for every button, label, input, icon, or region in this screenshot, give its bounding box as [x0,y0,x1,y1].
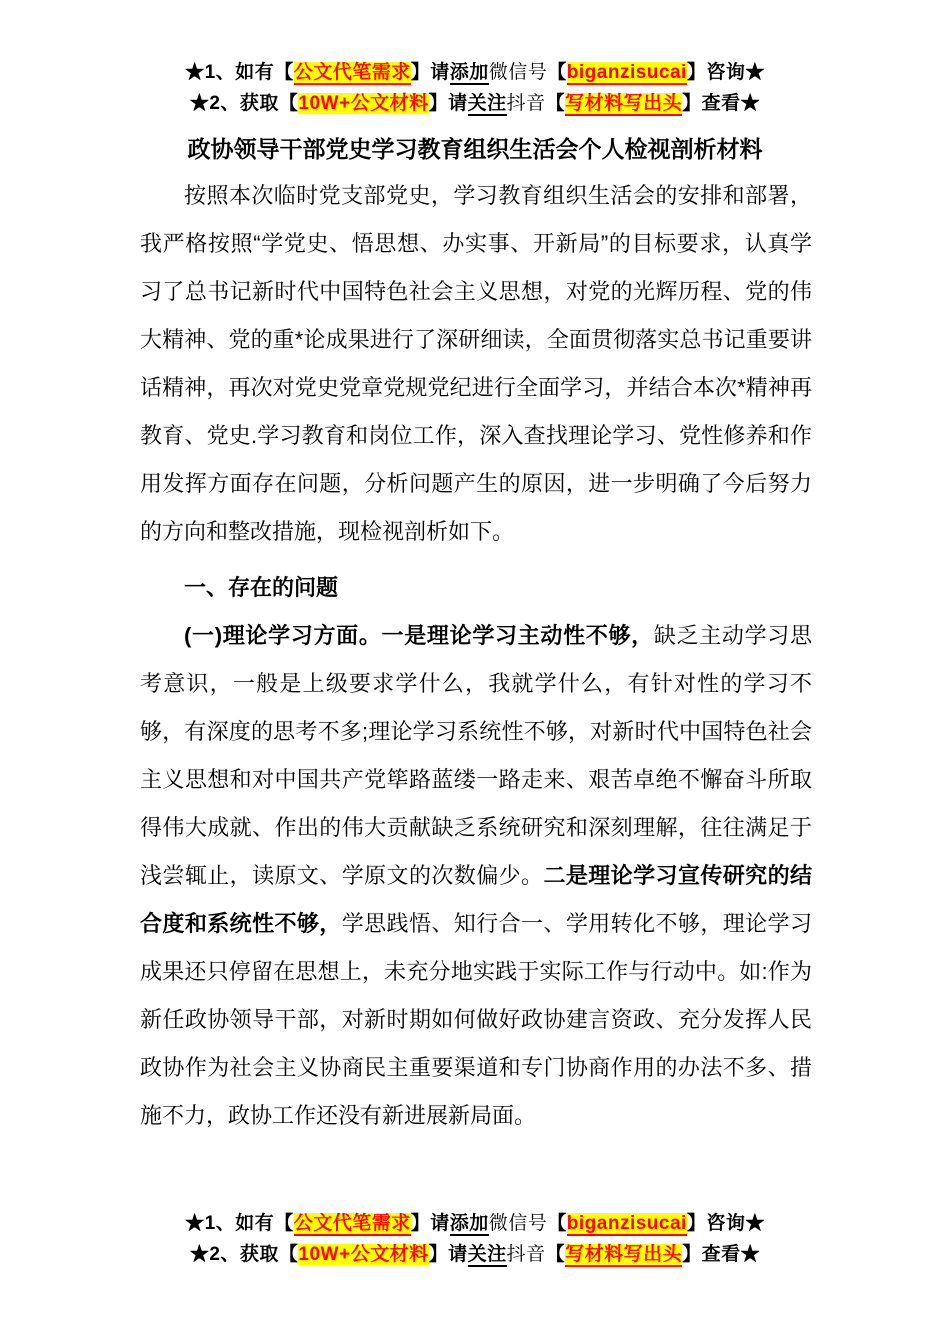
text-segment: 缺乏主动学习思考意识，一般是上级要求学什么，我就学什么，有针对性的学习不够，有深… [140,623,812,888]
text-segment: 关注 [468,1244,507,1267]
document-title: 政协领导干部党史学习教育组织生活会个人检视剖析材料 [110,132,840,166]
text-segment: biganzisucai [567,1213,687,1236]
text-segment: ★2、获取【 [190,93,299,114]
footer-promo-banner: ★1、如有【公文代笔需求】请添加微信号【biganzisucai】咨询★ ★2、… [0,1208,950,1270]
text-segment: 】查看★ [682,1244,760,1265]
text-segment: (一)理论学习方面。一是理论学习主动性不够， [184,623,654,648]
text-segment: 【 [546,93,566,114]
promo-line-1: ★1、如有【公文代笔需求】请添加微信号【biganzisucai】咨询★ [0,57,950,88]
header-promo-banner: ★1、如有【公文代笔需求】请添加微信号【biganzisucai】咨询★ ★2、… [0,57,950,119]
text-segment: 】咨询★ [687,1213,765,1234]
text-segment: 公文代笔需求 [294,62,411,85]
text-segment: biganzisucai [567,62,687,85]
text-segment: 【 [547,1213,567,1234]
text-segment: 一、存在的问题 [184,575,338,600]
text-segment: 写材料写出头 [565,93,682,116]
text-segment: 】请 [411,1213,450,1234]
text-segment: 微信号 [489,62,548,83]
text-segment: 】请 [429,1244,468,1265]
text-segment: 10W+公文材料 [298,93,428,114]
text-segment: ★1、如有【 [185,1213,294,1234]
text-segment: 微信号 [489,1213,548,1234]
text-segment: 】查看★ [682,93,760,114]
text-segment: 添加 [450,1213,489,1236]
text-segment: 10W+公文材料 [298,1244,428,1265]
text-segment: 学思践悟、知行合一、学用转化不够，理论学习成果还只停留在思想上，未充分地实践于实… [140,911,812,1128]
promo-line-2: ★2、获取【10W+公文材料】请关注抖音【写材料写出头】查看★ [0,88,950,119]
section-heading-problems: 一、存在的问题 [140,564,812,612]
text-segment: 】咨询★ [687,62,765,83]
promo-line-1: ★1、如有【公文代笔需求】请添加微信号【biganzisucai】咨询★ [0,1208,950,1239]
text-segment: 】请 [429,93,468,114]
text-segment: 关注 [468,93,507,116]
text-segment: 写材料写出头 [565,1244,682,1267]
paragraph-theory-study: (一)理论学习方面。一是理论学习主动性不够，缺乏主动学习思考意识，一般是上级要求… [140,612,812,1140]
promo-line-2: ★2、获取【10W+公文材料】请关注抖音【写材料写出头】查看★ [0,1239,950,1270]
text-segment: 公文代笔需求 [294,1213,411,1236]
text-segment: 【 [547,62,567,83]
text-segment: ★1、如有【 [185,62,294,83]
text-segment: 【 [546,1244,566,1265]
document-page: ★1、如有【公文代笔需求】请添加微信号【biganzisucai】咨询★ ★2、… [0,0,950,1344]
text-segment: 抖音 [507,1244,546,1265]
text-segment: 】请 [411,62,450,83]
text-segment: 按照本次临时党支部党史，学习教育组织生活会的安排和部署，我严格按照“学党史、悟思… [140,183,812,544]
document-body: 按照本次临时党支部党史，学习教育组织生活会的安排和部署，我严格按照“学党史、悟思… [140,172,812,1140]
text-segment: 抖音 [507,93,546,114]
text-segment: ★2、获取【 [190,1244,299,1265]
text-segment: 添加 [450,62,489,85]
paragraph-intro: 按照本次临时党支部党史，学习教育组织生活会的安排和部署，我严格按照“学党史、悟思… [140,172,812,556]
